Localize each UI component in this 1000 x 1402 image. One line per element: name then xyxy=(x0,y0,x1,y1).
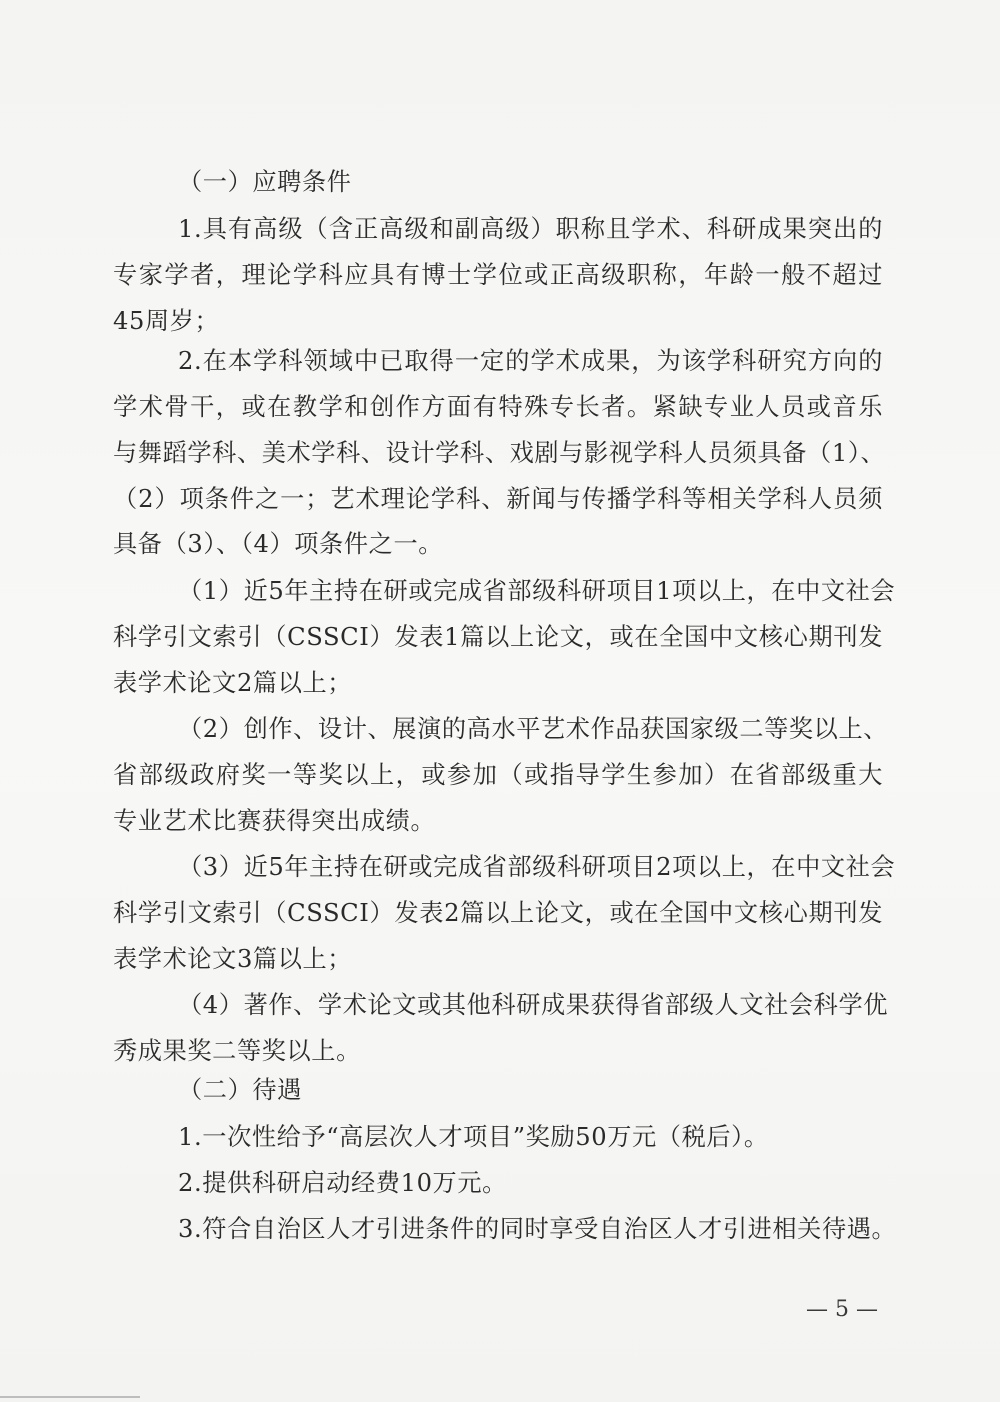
text-line: （2）创作、设计、展演的高水平艺术作品获国家级二等奖以上、 xyxy=(178,714,883,744)
text-line: 1.具有高级（含正高级和副高级）职称且学术、科研成果突出的 xyxy=(178,214,883,244)
text-line: 45周岁； xyxy=(113,306,883,336)
text-line: 3.符合自治区人才引进条件的同时享受自治区人才引进相关待遇。 xyxy=(178,1214,948,1244)
text-line: 专家学者，理论学科应具有博士学位或正高级职称，年龄一般不超过 xyxy=(113,260,883,290)
text-line: （二）待遇 xyxy=(178,1075,948,1105)
page-number: — 5 — xyxy=(797,1297,887,1322)
text-line: 科学引文索引（CSSCI）发表2篇以上论文，或在全国中文核心期刊发 xyxy=(113,898,883,928)
text-line: 省部级政府奖一等奖以上，或参加（或指导学生参加）在省部级重大 xyxy=(113,760,883,790)
text-line: 1.一次性给予“高层次人才项目”奖励50万元（税后）。 xyxy=(178,1122,948,1152)
text-line: 表学术论文3篇以上； xyxy=(113,944,883,974)
text-line: 专业艺术比赛获得突出成绩。 xyxy=(113,806,883,836)
text-line: 具备（3）、（4）项条件之一。 xyxy=(113,529,883,559)
text-line: 表学术论文2篇以上； xyxy=(113,668,883,698)
text-line: （4）著作、学术论文或其他科研成果获得省部级人文社会科学优 xyxy=(178,990,883,1020)
text-line: （1）近5年主持在研或完成省部级科研项目1项以上，在中文社会 xyxy=(178,576,883,606)
text-line: 与舞蹈学科、美术学科、设计学科、戏剧与影视学科人员须具备（1）、 xyxy=(113,438,883,468)
text-line: 学术骨干，或在教学和创作方面有特殊专长者。紧缺专业人员或音乐 xyxy=(113,392,883,422)
scan-edge-line xyxy=(0,1396,140,1398)
document-page: （一）应聘条件1.具有高级（含正高级和副高级）职称且学术、科研成果突出的专家学者… xyxy=(0,0,1000,1402)
text-line: （3）近5年主持在研或完成省部级科研项目2项以上，在中文社会 xyxy=(178,852,883,882)
text-line: （一）应聘条件 xyxy=(178,167,948,197)
text-line: 科学引文索引（CSSCI）发表1篇以上论文，或在全国中文核心期刊发 xyxy=(113,622,883,652)
text-line: 2.提供科研启动经费10万元。 xyxy=(178,1168,948,1198)
text-line: 秀成果奖二等奖以上。 xyxy=(113,1036,883,1066)
text-line: （2）项条件之一；艺术理论学科、新闻与传播学科等相关学科人员须 xyxy=(113,484,883,514)
text-line: 2.在本学科领域中已取得一定的学术成果，为该学科研究方向的 xyxy=(178,346,883,376)
